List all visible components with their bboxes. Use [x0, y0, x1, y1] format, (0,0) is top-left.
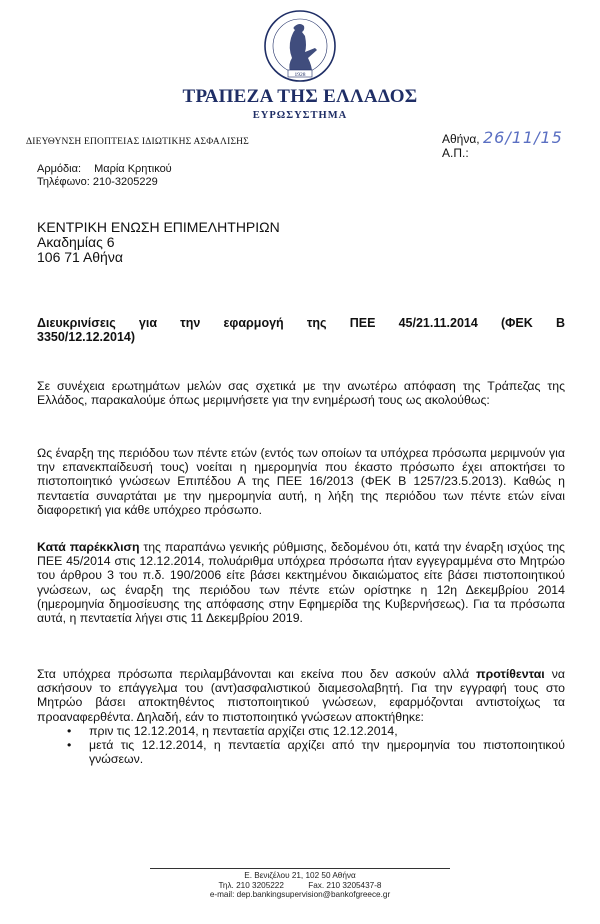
- reference-label: Α.Π.:: [442, 146, 563, 160]
- subject-line-2: 3350/12.12.2014): [37, 330, 565, 344]
- bullet-item: πριν τις 12.12.2014, η πενταετία αρχίζει…: [67, 724, 565, 738]
- exception-emphasis: Κατά παρέκκλιση: [37, 540, 139, 554]
- footer-fax: Fax. 210 3205437-8: [308, 881, 381, 891]
- bullet-list: πριν τις 12.12.2014, η πενταετία αρχίζει…: [37, 724, 565, 767]
- footer-phone-fax: Τηλ. 210 3205222 Fax. 210 3205437-8: [0, 881, 600, 891]
- date-row: Αθήνα, 26/11/15: [442, 131, 563, 146]
- svg-text:1928: 1928: [295, 72, 306, 78]
- paragraph-exception: Κατά παρέκκλιση της παραπάνω γενικής ρύθ…: [37, 540, 565, 625]
- intending-emphasis: προτίθενται: [476, 667, 545, 681]
- subject-line-1: Διευκρινίσεις για την εφαρμογή της ΠΕΕ 4…: [37, 316, 565, 330]
- contact-name: Μαρία Κρητικού: [94, 163, 172, 175]
- paragraph-intro: Σε συνέχεια ερωτημάτων μελών σας σχετικά…: [37, 379, 565, 407]
- footer-email: e-mail: dep.bankingsupervision@bankofgre…: [0, 890, 600, 900]
- eurosystem-subtitle: ΕΥΡΩΣΥΣΤΗΜΑ: [0, 110, 600, 121]
- bank-emblem-icon: 1928: [262, 8, 338, 84]
- sender-department: ΔΙΕΥΘΥΝΣΗ ΕΠΟΠΤΕΙΑΣ ΙΔΙΩΤΙΚΗΣ ΑΣΦΑΛΙΣΗΣ: [26, 137, 249, 147]
- sender-contact: Αρμόδια: Μαρία Κρητικού Τηλέφωνο: 210-32…: [37, 163, 172, 189]
- contact-person-row: Αρμόδια: Μαρία Κρητικού: [37, 163, 172, 176]
- recipient-city: 106 71 Αθήνα: [37, 250, 280, 265]
- letter-footer: Ε. Βενιζέλου 21, 102 50 Αθήνα Τηλ. 210 3…: [0, 871, 600, 900]
- intending-text-start: Στα υπόχρεα πρόσωπα περιλαμβάνονται και …: [37, 667, 476, 681]
- paragraph-intending-persons: Στα υπόχρεα πρόσωπα περιλαμβάνονται και …: [37, 667, 565, 766]
- recipient-street: Ακαδημίας 6: [37, 235, 280, 250]
- footer-address: Ε. Βενιζέλου 21, 102 50 Αθήνα: [0, 871, 600, 881]
- phone-number: 210-3205229: [93, 176, 158, 188]
- recipient-name: ΚΕΝΤΡΙΚΗ ΕΝΩΣΗ ΕΠΙΜΕΛΗΤΗΡΙΩΝ: [37, 220, 280, 235]
- contact-label: Αρμόδια:: [37, 163, 91, 176]
- letter-page: 1928 ΤΡΑΠΕΖΑ ΤΗΣ ΕΛΛΑΔΟΣ ΕΥΡΩΣΥΣΤΗΜΑ ΔΙΕ…: [0, 0, 600, 924]
- recipient-address: ΚΕΝΤΡΙΚΗ ΕΝΩΣΗ ΕΠΙΜΕΛΗΤΗΡΙΩΝ Ακαδημίας 6…: [37, 220, 280, 265]
- handwritten-date: 26/11/15: [483, 128, 563, 147]
- footer-phone: Τηλ. 210 3205222: [219, 881, 284, 890]
- paragraph-start-period: Ως έναρξη της περιόδου των πέντε ετών (ε…: [37, 446, 565, 517]
- letter-subject: Διευκρινίσεις για την εφαρμογή της ΠΕΕ 4…: [37, 316, 565, 344]
- date-block: Αθήνα, 26/11/15 Α.Π.:: [442, 131, 563, 160]
- footer-divider: [150, 868, 450, 869]
- city-label: Αθήνα,: [442, 132, 480, 146]
- bullet-item: μετά τις 12.12.2014, η πενταετία αρχίζει…: [67, 738, 565, 766]
- contact-phone-row: Τηλέφωνο: 210-3205229: [37, 176, 172, 189]
- phone-label: Τηλέφωνο:: [37, 176, 90, 188]
- intending-text: Στα υπόχρεα πρόσωπα περιλαμβάνονται και …: [37, 667, 565, 724]
- bank-name: ΤΡΑΠΕΖΑ ΤΗΣ ΕΛΛΑΔΟΣ: [0, 86, 600, 108]
